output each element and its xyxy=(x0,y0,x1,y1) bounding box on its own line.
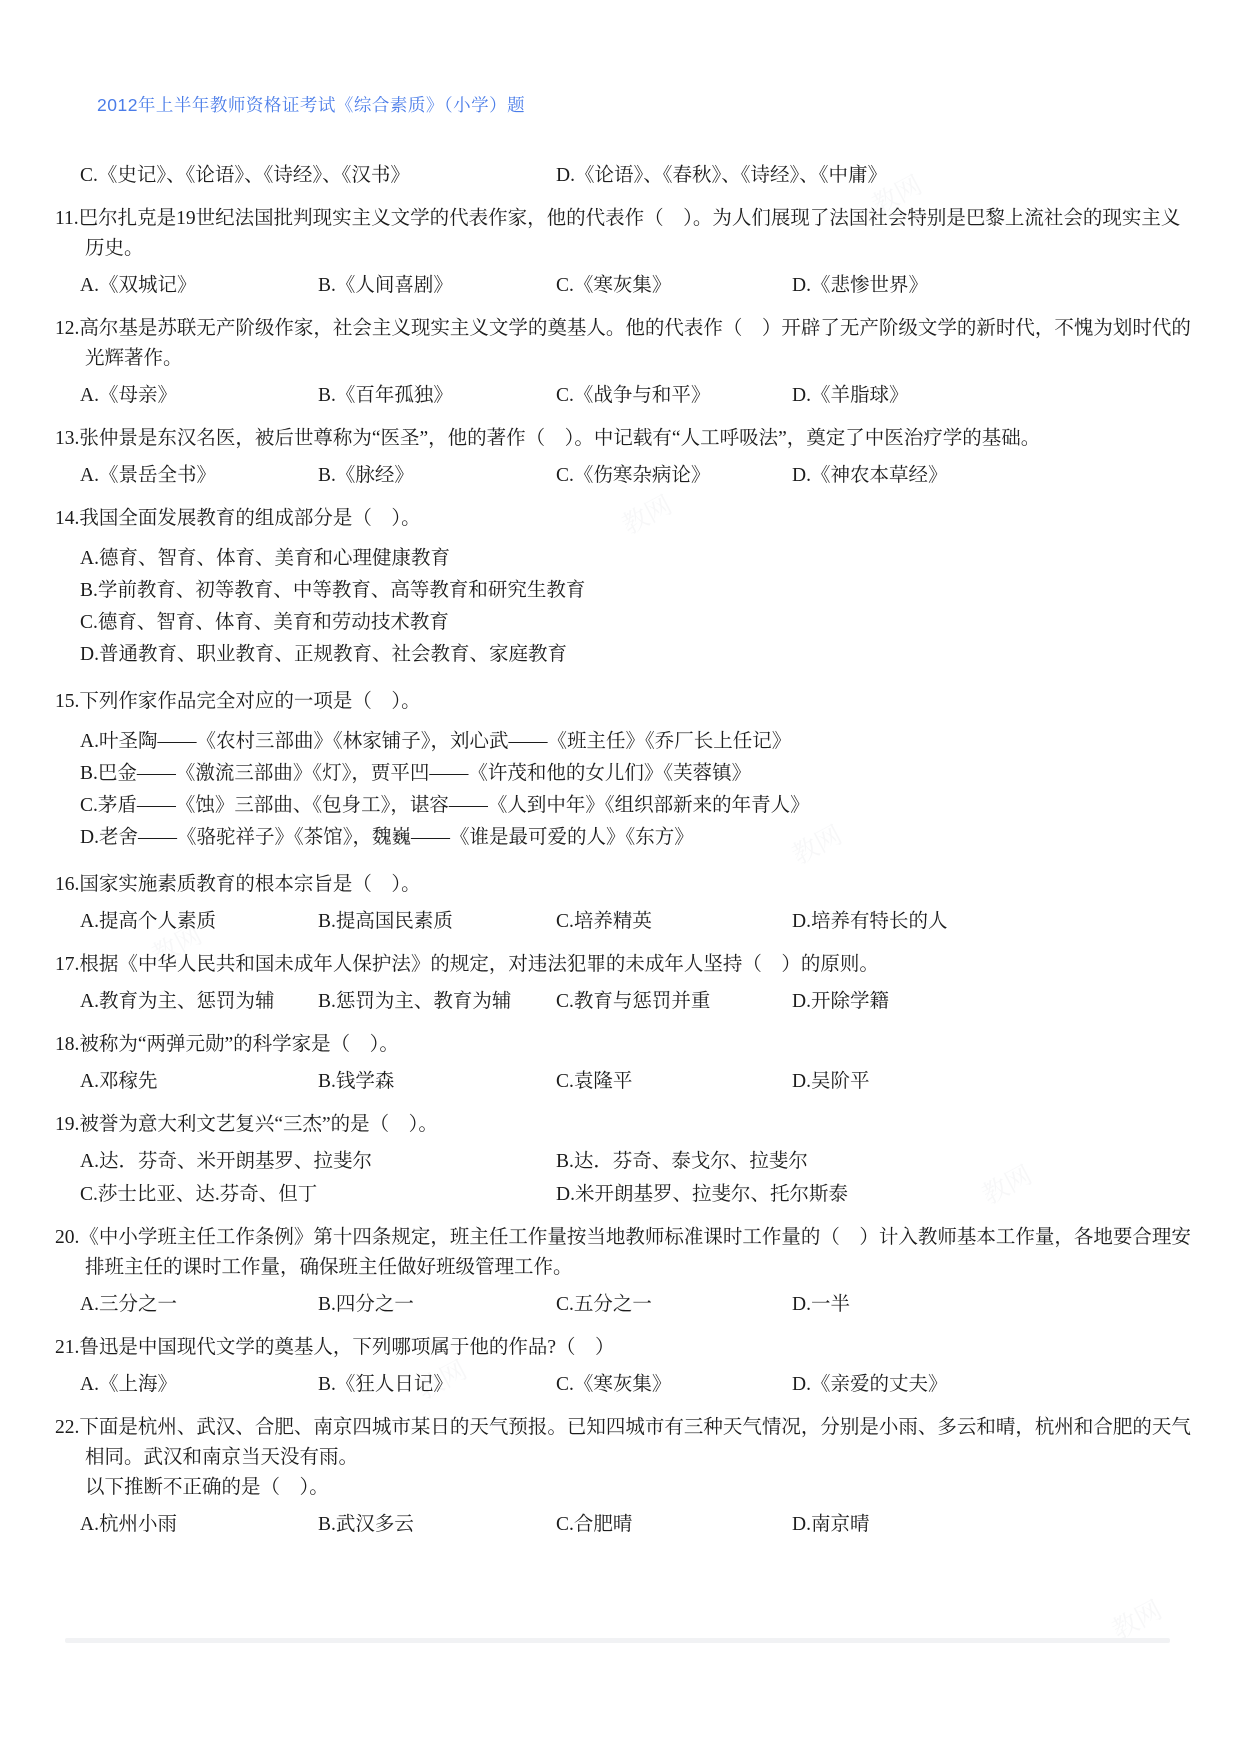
question-12-options: A.《母亲》 B.《百年孤独》 C.《战争与和平》 D.《羊脂球》 xyxy=(80,383,1192,408)
question-22-stem: 22.下面是杭州、武汉、合肥、南京四城市某日的天气预报。已知四城市有三种天气情况… xyxy=(55,1413,1192,1473)
question-13-option-a: A.《景岳全书》 xyxy=(80,463,318,488)
question-14: 14.我国全面发展教育的组成部分是（ ）。 A.德育、智育、体育、美育和心理健康… xyxy=(55,504,1192,671)
question-17: 17.根据《中华人民共和国未成年人保护法》的规定，对违法犯罪的未成年人坚持（ ）… xyxy=(55,950,1192,1014)
question-12-option-d: D.《羊脂球》 xyxy=(792,383,1192,408)
question-19-option-c: C.莎士比亚、达.芬奇、但丁 xyxy=(80,1182,556,1207)
question-11-stem: 11.巴尔扎克是19世纪法国批判现实主义文学的代表作家，他的代表作（ ）。为人们… xyxy=(55,204,1192,264)
question-21: 21.鲁迅是中国现代文学的奠基人，下列哪项属于他的作品?（ ） A.《上海》 B… xyxy=(55,1333,1192,1397)
question-15-stem: 15.下列作家作品完全对应的一项是（ ）。 xyxy=(55,687,1192,717)
question-21-stem: 21.鲁迅是中国现代文学的奠基人，下列哪项属于他的作品?（ ） xyxy=(55,1333,1192,1363)
question-17-options: A.教育为主、惩罚为辅 B.惩罚为主、教育为辅 C.教育与惩罚并重 D.开除学籍 xyxy=(80,989,1192,1014)
question-18-option-b: B.钱学森 xyxy=(318,1069,556,1094)
question-13: 13.张仲景是东汉名医，被后世尊称为“医圣”，他的著作（ ）。中记载有“人工呼吸… xyxy=(55,424,1192,488)
question-22: 22.下面是杭州、武汉、合肥、南京四城市某日的天气预报。已知四城市有三种天气情况… xyxy=(55,1413,1192,1537)
question-22-option-b: B.武汉多云 xyxy=(318,1512,556,1537)
question-14-option-d: D.普通教育、职业教育、正规教育、社会教育、家庭教育 xyxy=(80,639,1192,671)
question-19-option-b: B.达．芬奇、泰戈尔、拉斐尔 xyxy=(556,1149,1192,1174)
question-12: 12.高尔基是苏联无产阶级作家，社会主义现实主义文学的奠基人。他的代表作（ ）开… xyxy=(55,314,1192,408)
question-12-option-a: A.《母亲》 xyxy=(80,383,318,408)
document-title: 2012年上半年教师资格证考试《综合素质》（小学）题 xyxy=(97,92,525,117)
question-15-option-a: A.叶圣陶——《农村三部曲》《林家铺子》，刘心武——《班主任》《乔厂长上任记》 xyxy=(80,726,1192,758)
question-22-options: A.杭州小雨 B.武汉多云 C.合肥晴 D.南京晴 xyxy=(80,1512,1192,1537)
question-20-stem: 20.《中小学班主任工作条例》第十四条规定，班主任工作量按当地教师标准课时工作量… xyxy=(55,1223,1192,1283)
question-17-option-a: A.教育为主、惩罚为辅 xyxy=(80,989,318,1014)
question-14-stem: 14.我国全面发展教育的组成部分是（ ）。 xyxy=(55,504,1192,534)
question-14-option-c: C.德育、智育、体育、美育和劳动技术教育 xyxy=(80,607,1192,639)
question-14-option-a: A.德育、智育、体育、美育和心理健康教育 xyxy=(80,543,1192,575)
question-11-option-c: C.《寒灰集》 xyxy=(556,273,792,298)
question-19-options: A.达．芬奇、米开朗基罗、拉斐尔 B.达．芬奇、泰戈尔、拉斐尔 C.莎士比亚、达… xyxy=(80,1149,1192,1207)
question-12-option-b: B.《百年孤独》 xyxy=(318,383,556,408)
question-15-option-d: D.老舍——《骆驼祥子》《茶馆》，魏巍——《谁是最可爱的人》《东方》 xyxy=(80,822,1192,854)
question-16-option-a: A.提高个人素质 xyxy=(80,909,318,934)
question-17-option-b: B.惩罚为主、教育为辅 xyxy=(318,989,556,1014)
question-14-options: A.德育、智育、体育、美育和心理健康教育 B.学前教育、初等教育、中等教育、高等… xyxy=(80,543,1192,671)
question-19-option-a: A.达．芬奇、米开朗基罗、拉斐尔 xyxy=(80,1149,556,1174)
question-18-option-c: C.袁隆平 xyxy=(556,1069,792,1094)
question-21-option-d: D.《亲爱的丈夫》 xyxy=(792,1372,1192,1397)
exam-document-page: 2012年上半年教师资格证考试《综合素质》（小学）题 教网 教网 教网 教网 教… xyxy=(0,0,1240,1754)
question-18-stem: 18.被称为“两弹元勋”的科学家是（ ）。 xyxy=(55,1030,1192,1060)
question-18: 18.被称为“两弹元勋”的科学家是（ ）。 A.邓稼先 B.钱学森 C.袁隆平 … xyxy=(55,1030,1192,1094)
question-16-options: A.提高个人素质 B.提高国民素质 C.培养精英 D.培养有特长的人 xyxy=(80,909,1192,934)
question-21-options: A.《上海》 B.《狂人日记》 C.《寒灰集》 D.《亲爱的丈夫》 xyxy=(80,1372,1192,1397)
question-20-option-c: C.五分之一 xyxy=(556,1292,792,1317)
question-13-stem: 13.张仲景是东汉名医，被后世尊称为“医圣”，他的著作（ ）。中记载有“人工呼吸… xyxy=(55,424,1192,454)
question-19-stem: 19.被誉为意大利文艺复兴“三杰”的是（ ）。 xyxy=(55,1110,1192,1140)
question-21-option-a: A.《上海》 xyxy=(80,1372,318,1397)
question-17-option-c: C.教育与惩罚并重 xyxy=(556,989,792,1014)
question-11: 11.巴尔扎克是19世纪法国批判现实主义文学的代表作家，他的代表作（ ）。为人们… xyxy=(55,204,1192,298)
question-11-option-d: D.《悲惨世界》 xyxy=(792,273,1192,298)
question-22-stem-line2: 以下推断不正确的是（ ）。 xyxy=(85,1473,1192,1503)
question-17-option-d: D.开除学籍 xyxy=(792,989,1192,1014)
question-19-option-d: D.米开朗基罗、拉斐尔、托尔斯泰 xyxy=(556,1182,1192,1207)
question-20-option-a: A.三分之一 xyxy=(80,1292,318,1317)
question-19: 19.被誉为意大利文艺复兴“三杰”的是（ ）。 A.达．芬奇、米开朗基罗、拉斐尔… xyxy=(55,1110,1192,1207)
question-16-option-d: D.培养有特长的人 xyxy=(792,909,1192,934)
question-22-option-a: A.杭州小雨 xyxy=(80,1512,318,1537)
question-15-option-c: C.茅盾——《蚀》三部曲、《包身工》，谌容——《人到中年》《组织部新来的年青人》 xyxy=(80,790,1192,822)
question-21-option-c: C.《寒灰集》 xyxy=(556,1372,792,1397)
question-20-option-b: B.四分之一 xyxy=(318,1292,556,1317)
question-15: 15.下列作家作品完全对应的一项是（ ）。 A.叶圣陶——《农村三部曲》《林家铺… xyxy=(55,687,1192,854)
question-11-option-a: A.《双城记》 xyxy=(80,273,318,298)
question-10-option-d: D.《论语》、《春秋》、《诗经》、《中庸》 xyxy=(556,163,1192,188)
question-13-option-b: B.《脉经》 xyxy=(318,463,556,488)
question-16-option-b: B.提高国民素质 xyxy=(318,909,556,934)
question-11-options: A.《双城记》 B.《人间喜剧》 C.《寒灰集》 D.《悲惨世界》 xyxy=(80,273,1192,298)
question-12-stem: 12.高尔基是苏联无产阶级作家，社会主义现实主义文学的奠基人。他的代表作（ ）开… xyxy=(55,314,1192,374)
question-13-option-c: C.《伤寒杂病论》 xyxy=(556,463,792,488)
question-20-option-d: D.一半 xyxy=(792,1292,1192,1317)
question-10-options-row: C.《史记》、《论语》、《诗经》、《汉书》 D.《论语》、《春秋》、《诗经》、《… xyxy=(80,163,1192,188)
question-17-stem: 17.根据《中华人民共和国未成年人保护法》的规定，对违法犯罪的未成年人坚持（ ）… xyxy=(55,950,1192,980)
question-22-option-d: D.南京晴 xyxy=(792,1512,1192,1537)
question-15-options: A.叶圣陶——《农村三部曲》《林家铺子》，刘心武——《班主任》《乔厂长上任记》 … xyxy=(80,726,1192,854)
page-divider xyxy=(65,1638,1170,1643)
question-16-option-c: C.培养精英 xyxy=(556,909,792,934)
question-22-option-c: C.合肥晴 xyxy=(556,1512,792,1537)
question-12-option-c: C.《战争与和平》 xyxy=(556,383,792,408)
question-16: 16.国家实施素质教育的根本宗旨是（ ）。 A.提高个人素质 B.提高国民素质 … xyxy=(55,870,1192,934)
question-16-stem: 16.国家实施素质教育的根本宗旨是（ ）。 xyxy=(55,870,1192,900)
question-13-options: A.《景岳全书》 B.《脉经》 C.《伤寒杂病论》 D.《神农本草经》 xyxy=(80,463,1192,488)
question-18-option-a: A.邓稼先 xyxy=(80,1069,318,1094)
question-20-options: A.三分之一 B.四分之一 C.五分之一 D.一半 xyxy=(80,1292,1192,1317)
question-15-option-b: B.巴金——《激流三部曲》《灯》，贾平凹——《许茂和他的女儿们》《芙蓉镇》 xyxy=(80,758,1192,790)
question-13-option-d: D.《神农本草经》 xyxy=(792,463,1192,488)
question-18-option-d: D.吴阶平 xyxy=(792,1069,1192,1094)
question-21-option-b: B.《狂人日记》 xyxy=(318,1372,556,1397)
question-10-option-c: C.《史记》、《论语》、《诗经》、《汉书》 xyxy=(80,163,556,188)
question-20: 20.《中小学班主任工作条例》第十四条规定，班主任工作量按当地教师标准课时工作量… xyxy=(55,1223,1192,1317)
question-18-options: A.邓稼先 B.钱学森 C.袁隆平 D.吴阶平 xyxy=(80,1069,1192,1094)
question-11-option-b: B.《人间喜剧》 xyxy=(318,273,556,298)
exam-body: C.《史记》、《论语》、《诗经》、《汉书》 D.《论语》、《春秋》、《诗经》、《… xyxy=(55,163,1192,1537)
question-14-option-b: B.学前教育、初等教育、中等教育、高等教育和研究生教育 xyxy=(80,575,1192,607)
